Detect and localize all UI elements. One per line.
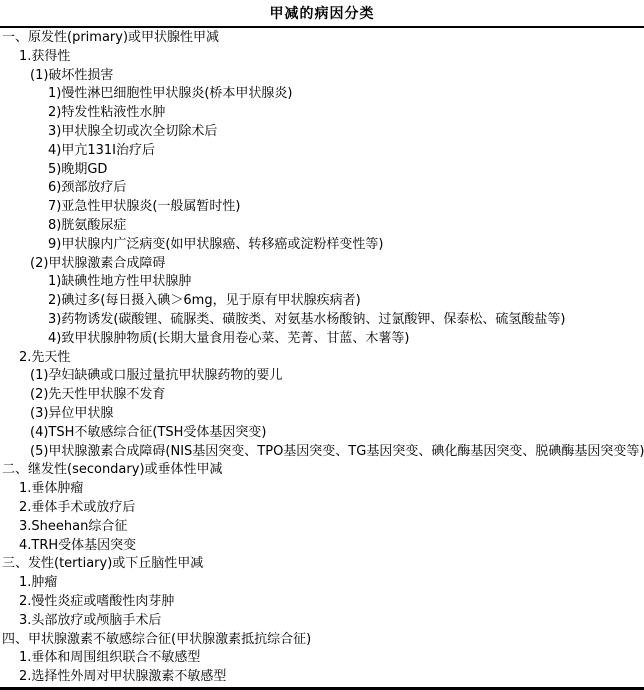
outline-line: 2.选择性外周对甲状腺激素不敏感型 <box>0 668 644 687</box>
outline-line: 三、发性(tertiary)或下丘脑性甲减 <box>0 555 644 574</box>
outline-line: 1.肿瘤 <box>0 574 644 593</box>
outline-line: 2.垂体手术或放疗后 <box>0 499 644 518</box>
outline-line: 3)药物诱发(碳酸锂、硫脲类、磺胺类、对氨基水杨酸钠、过氯酸钾、保泰松、硫氢酸盐… <box>0 311 644 330</box>
outline-line: (3)异位甲状腺 <box>0 405 644 424</box>
outline-line: (2)先天性甲状腺不发育 <box>0 386 644 405</box>
outline-line: 2.先天性 <box>0 349 644 368</box>
outline-line: 1)慢性淋巴细胞性甲状腺炎(桥本甲状腺炎) <box>0 85 644 104</box>
outline-line: 8)胱氨酸尿症 <box>0 217 644 236</box>
outline-line: 2)特发性粘液性水肿 <box>0 104 644 123</box>
outline-line: 4)甲亢131I治疗后 <box>0 142 644 161</box>
outline-line: 1.获得性 <box>0 48 644 67</box>
outline-line: 二、继发性(secondary)或垂体性甲减 <box>0 461 644 480</box>
outline-line: 1)缺碘性地方性甲状腺肿 <box>0 273 644 292</box>
outline-line: 一、原发性(primary)或甲状腺性甲减 <box>0 29 644 48</box>
document-page: 甲减的病因分类 一、原发性(primary)或甲状腺性甲减1.获得性(1)破坏性… <box>0 0 644 690</box>
outline-line: 2)碘过多(每日摄入碘＞6mg，见于原有甲状腺疾病者) <box>0 292 644 311</box>
outline-line: (1)孕妇缺碘或口服过量抗甲状腺药物的要儿 <box>0 367 644 386</box>
outline-line: 6)颈部放疗后 <box>0 179 644 198</box>
etiology-outline: 一、原发性(primary)或甲状腺性甲减1.获得性(1)破坏性损害1)慢性淋巴… <box>0 28 644 687</box>
outline-line: (5)甲状腺激素合成障碍(NIS基因突变、TPO基因突变、TG基因突变、碘化酶基… <box>0 443 644 462</box>
outline-line: (2)甲状腺激素合成障碍 <box>0 255 644 274</box>
outline-line: 3)甲状腺全切或次全切除术后 <box>0 123 644 142</box>
document-title: 甲减的病因分类 <box>0 0 644 26</box>
outline-line: 9)甲状腺内广泛病变(如甲状腺癌、转移癌或淀粉样变性等) <box>0 236 644 255</box>
outline-line: 四、甲状腺激素不敏感综合征(甲状腺激素抵抗综合征) <box>0 631 644 650</box>
outline-line: 4)致甲状腺肿物质(长期大量食用卷心菜、芜菁、甘蓝、木薯等) <box>0 330 644 349</box>
outline-line: 5)晚期GD <box>0 161 644 180</box>
outline-line: 3.头部放疗或颅脑手术后 <box>0 612 644 631</box>
outline-line: 3.Sheehan综合征 <box>0 518 644 537</box>
outline-line: 1.垂体和周围组织联合不敏感型 <box>0 649 644 668</box>
outline-line: 4.TRH受体基因突变 <box>0 537 644 556</box>
outline-line: (4)TSH不敏感综合征(TSH受体基因突变) <box>0 424 644 443</box>
outline-line: 2.慢性炎症或嗜酸性肉芽肿 <box>0 593 644 612</box>
outline-line: 7)亚急性甲状腺炎(一般属暂时性) <box>0 198 644 217</box>
outline-line: (1)破坏性损害 <box>0 67 644 86</box>
outline-line: 1.垂体肿瘤 <box>0 480 644 499</box>
